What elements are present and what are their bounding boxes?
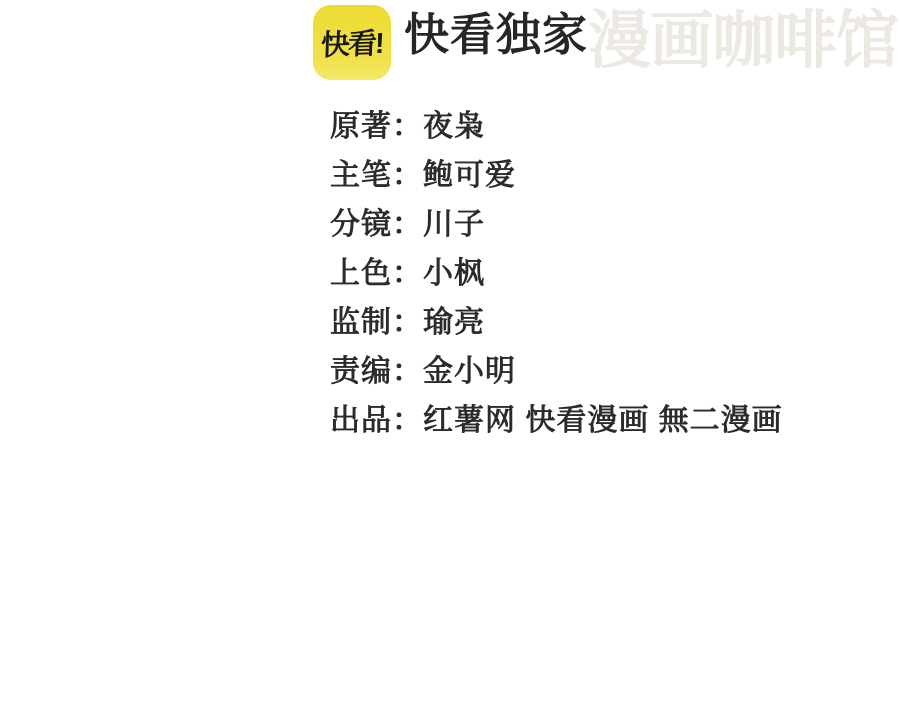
- credit-row-production: 出品：红薯网 快看漫画 無二漫画: [330, 404, 783, 437]
- credit-row-storyboard: 分镜：川子: [330, 208, 783, 241]
- credit-value: 夜枭: [423, 110, 485, 143]
- credit-row-original-author: 原著：夜枭: [330, 110, 783, 143]
- credit-value: 金小明: [423, 355, 516, 388]
- page-title: 快看独家: [404, 11, 588, 59]
- credit-label: 主笔：: [330, 159, 423, 192]
- credit-label: 责编：: [330, 355, 423, 388]
- credit-value: 红薯网 快看漫画 無二漫画: [423, 404, 783, 437]
- credit-label: 原著：: [330, 110, 423, 143]
- credit-label: 监制：: [330, 306, 423, 339]
- credit-row-editor: 责编：金小明: [330, 355, 783, 388]
- credit-value: 川子: [423, 208, 485, 241]
- credit-row-coloring: 上色：小枫: [330, 257, 783, 290]
- credit-row-supervisor: 监制：瑜亮: [330, 306, 783, 339]
- kuaikan-logo: 快看!: [313, 5, 391, 80]
- credits-list: 原著：夜枭 主笔：鲍可爱 分镜：川子 上色：小枫 监制：瑜亮 责编：金小明 出品…: [330, 110, 783, 453]
- credit-label: 上色：: [330, 257, 423, 290]
- credit-value: 小枫: [423, 257, 485, 290]
- comic-credits-page: 快看! 快看独家 漫画咖啡馆 原著：夜枭 主笔：鲍可爱 分镜：川子 上色：小枫 …: [0, 0, 900, 702]
- kuaikan-logo-text: 快看!: [320, 21, 383, 64]
- credit-value: 鲍可爱: [423, 159, 516, 192]
- credit-label: 分镜：: [330, 208, 423, 241]
- credit-value: 瑜亮: [423, 306, 485, 339]
- credit-row-lead-artist: 主笔：鲍可爱: [330, 159, 783, 192]
- watermark-text: 漫画咖啡馆: [588, 6, 898, 76]
- credit-label: 出品：: [330, 404, 423, 437]
